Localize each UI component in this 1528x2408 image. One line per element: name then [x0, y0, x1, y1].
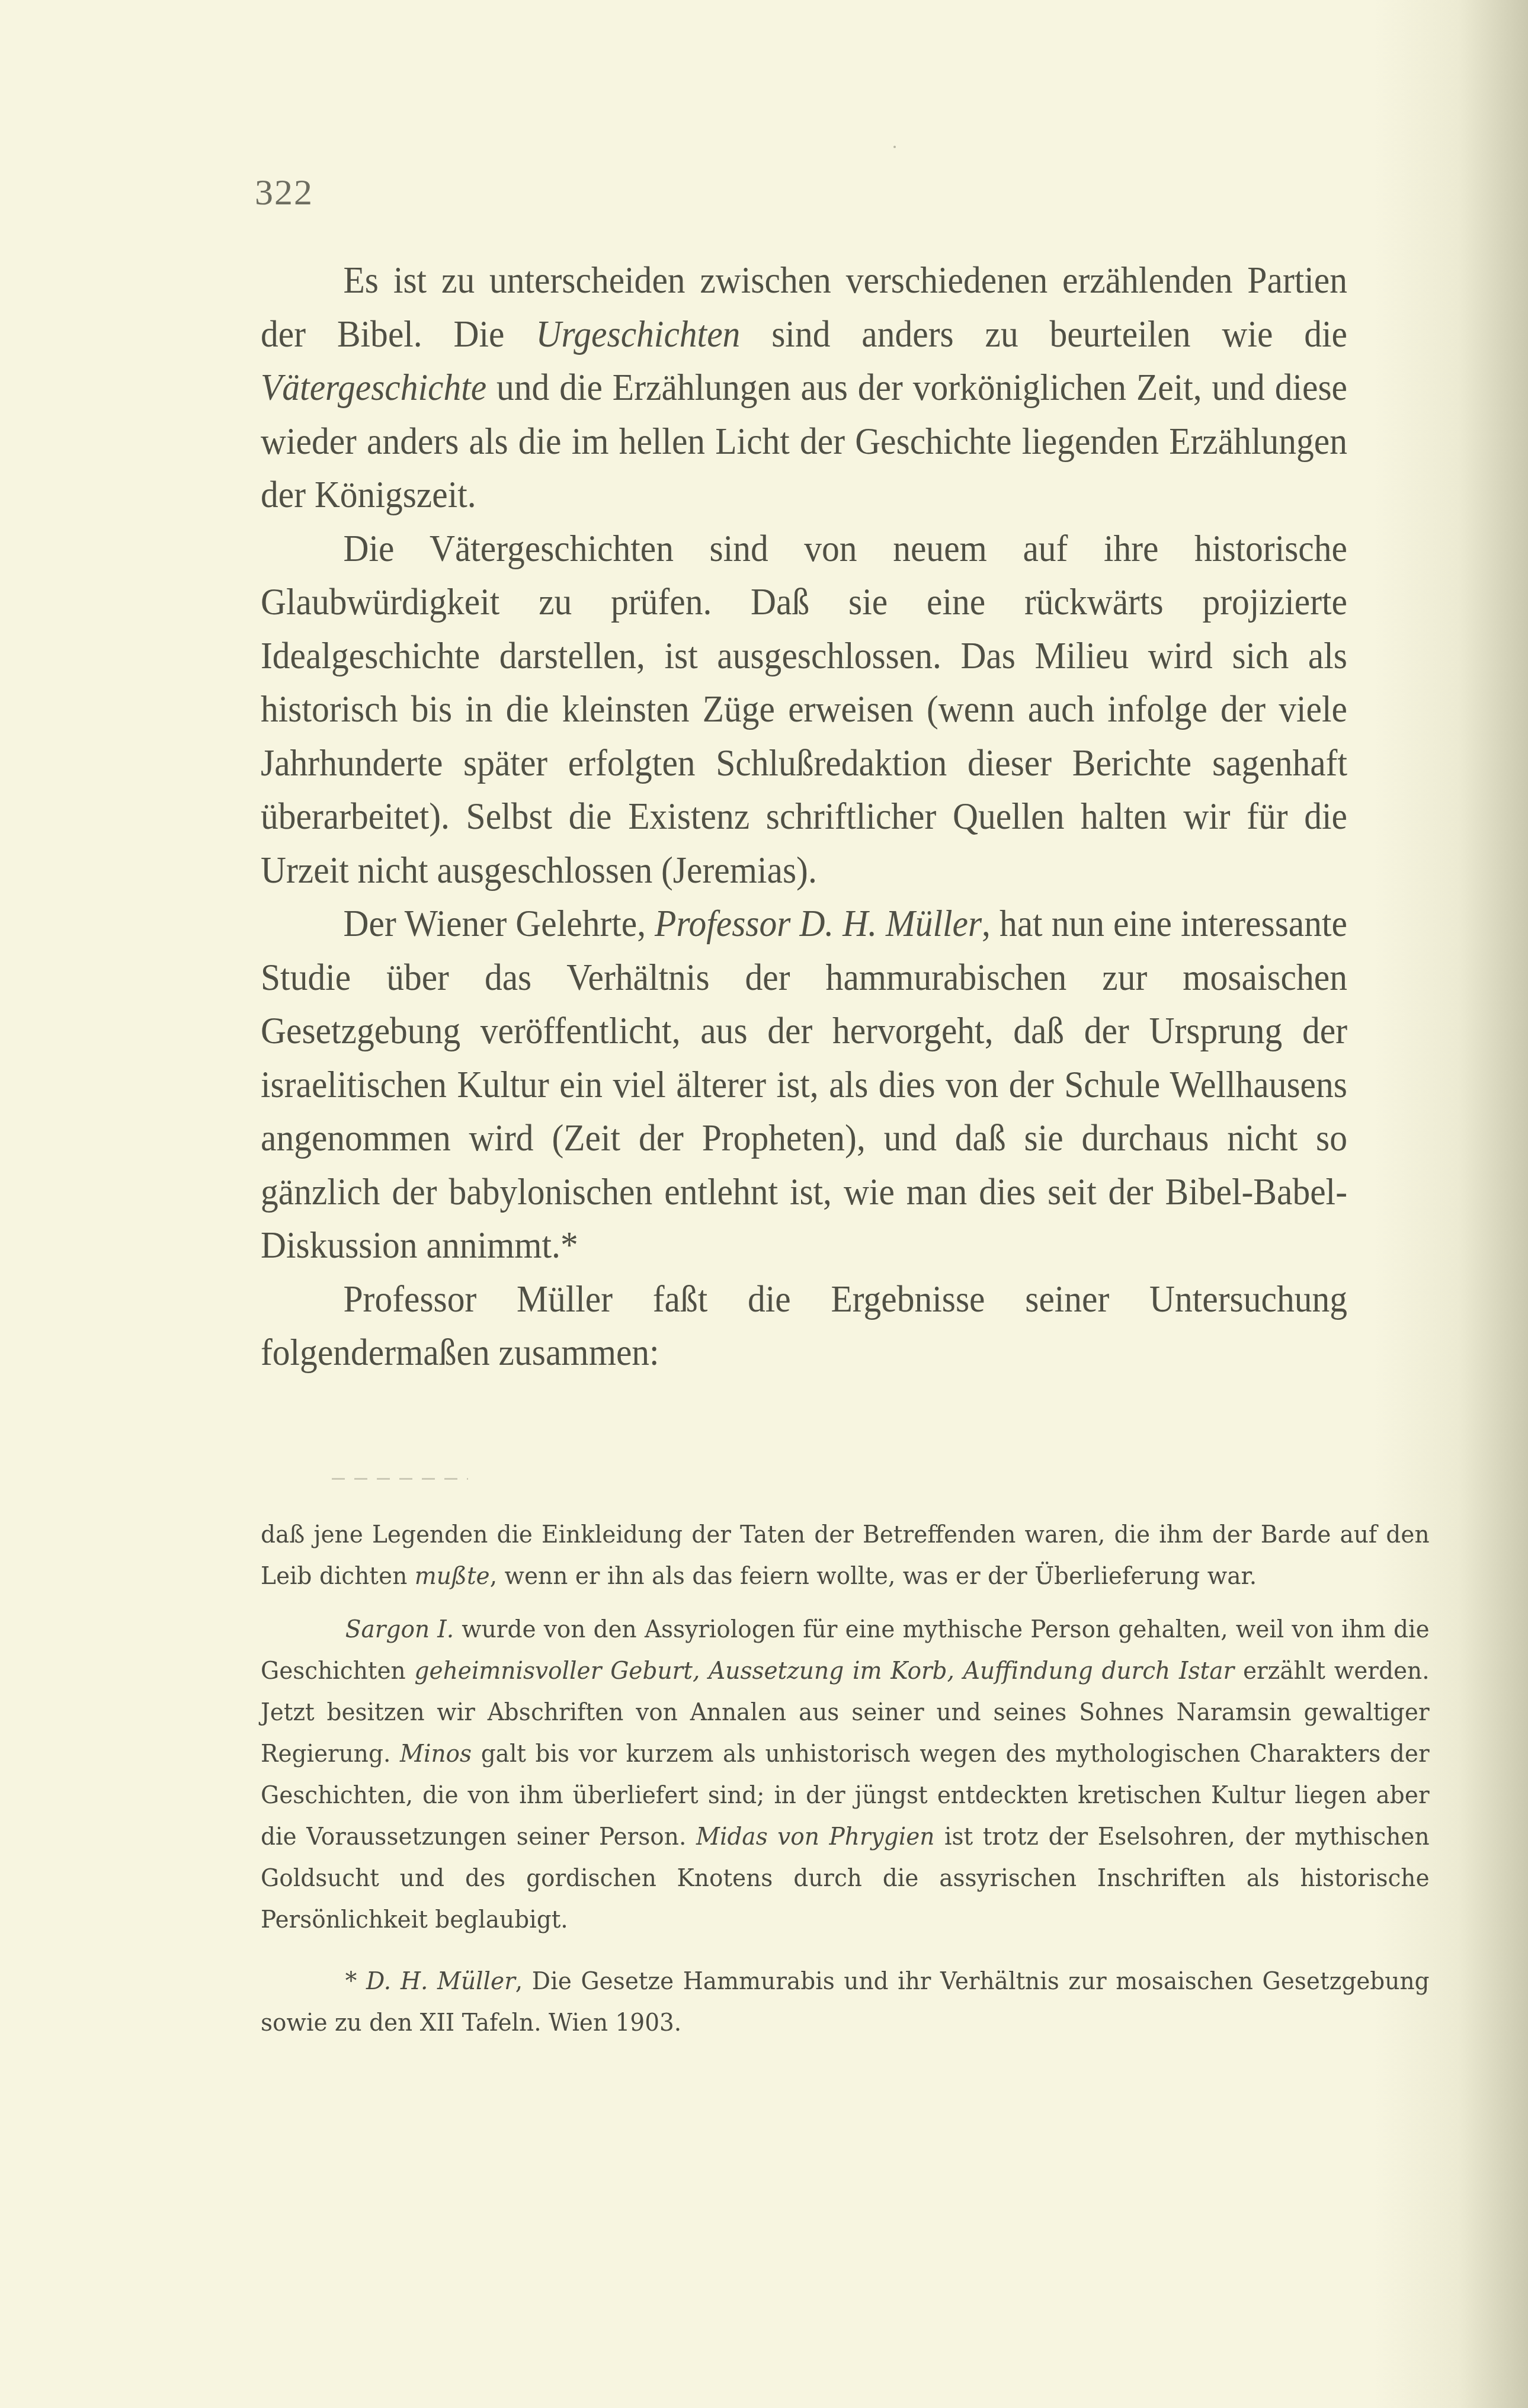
- italic-run: mußte: [415, 1561, 490, 1590]
- page-spine-shadow: [1374, 0, 1528, 2408]
- paragraph-3: Der Wiener Gelehrte, Professor D. H. Mül…: [261, 897, 1347, 1272]
- italic-run: Sargon I.: [345, 1615, 454, 1643]
- italic-run: Vätergeschichte: [261, 366, 486, 408]
- italic-run: Urgeschichten: [536, 313, 740, 355]
- italic-run: geheimnisvoller Geburt, Aussetzung im Ko…: [415, 1656, 1235, 1685]
- footnote-continuation: daß jene Legenden die Einkleidung der Ta…: [261, 1514, 1430, 1596]
- footnote-separator: [332, 1478, 468, 1480]
- italic-run: Professor D. H. Müller: [655, 902, 982, 944]
- text-run: sind anders zu beurteilen wie die: [740, 313, 1347, 355]
- footnote-asterisk: *: [345, 1967, 366, 1995]
- footnote-block: daß jene Legenden die Einkleidung der Ta…: [261, 1514, 1430, 2043]
- text-run: Der Wiener Gelehrte,: [344, 902, 655, 944]
- page-number: 322: [255, 172, 313, 214]
- italic-run: Midas von Phrygien: [696, 1822, 934, 1851]
- italic-run: Minos: [400, 1739, 472, 1768]
- paragraph-1: Es ist zu unterscheiden zwischen verschi…: [261, 254, 1347, 522]
- paragraph-4: Professor Müller faßt die Ergebnisse sei…: [261, 1272, 1347, 1380]
- text-run: Professor Müller faßt die Ergebnisse sei…: [261, 1278, 1347, 1374]
- text-run: , hat nun eine interessante Studie über …: [261, 902, 1347, 1266]
- text-run: Die Vätergeschichten sind von neuem auf …: [261, 527, 1347, 891]
- scan-speck: [893, 146, 896, 148]
- italic-run: D. H. Müller: [366, 1967, 515, 1995]
- main-text: Es ist zu unterscheiden zwischen verschi…: [261, 254, 1347, 1380]
- text-run: , wenn er ihn als das feiern wollte, was…: [490, 1561, 1257, 1590]
- footnote-citation: * D. H. Müller, Die Gesetze Hammurabis u…: [261, 1960, 1430, 2043]
- footnote-paragraph: Sargon I. wurde von den Assyriologen für…: [261, 1608, 1430, 1940]
- paragraph-2: Die Vätergeschichten sind von neuem auf …: [261, 522, 1347, 897]
